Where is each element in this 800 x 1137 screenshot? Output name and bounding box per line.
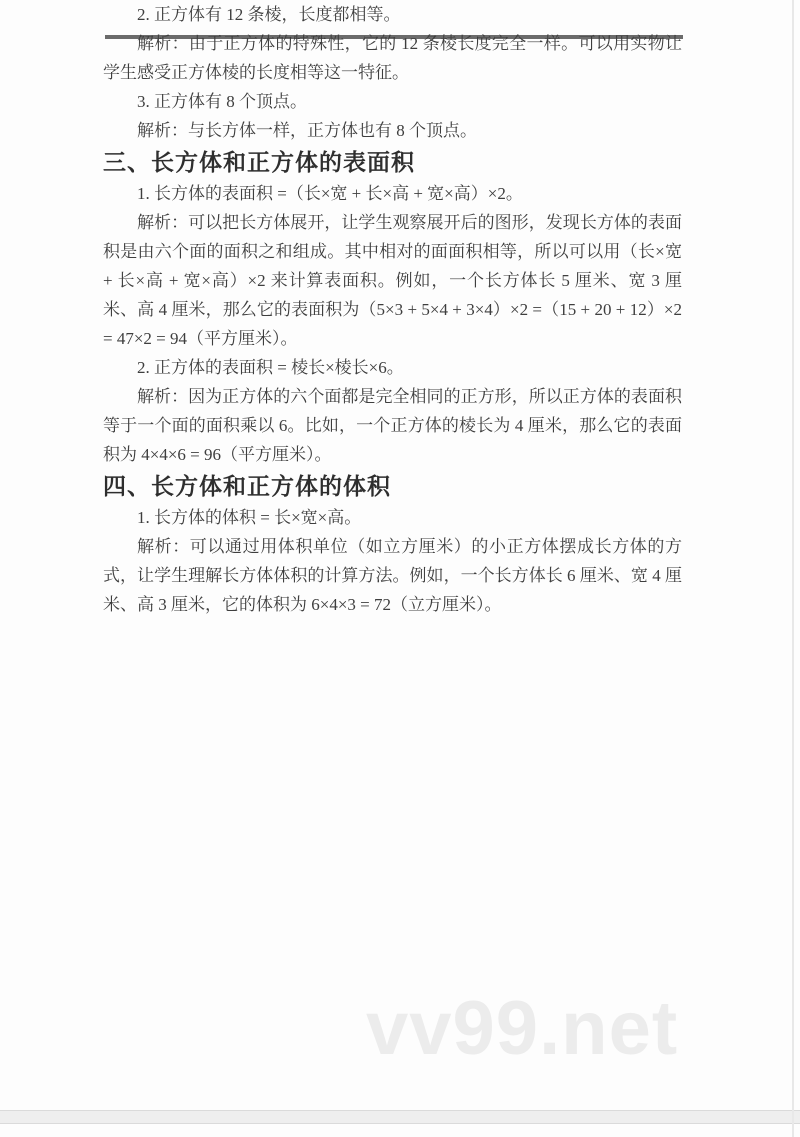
analysis-paragraph: 解析：与长方体一样，正方体也有 8 个顶点。 [103,116,682,145]
list-item: 1. 长方体的表面积 =（长×宽 + 长×高 + 宽×高）×2。 [103,179,682,208]
page-gap-strip [0,1110,800,1124]
analysis-paragraph: 解析：可以通过用体积单位（如立方厘米）的小正方体摆成长方体的方式，让学生理解长方… [103,532,682,619]
list-item: 1. 长方体的体积 = 长×宽×高。 [103,503,682,532]
document-content: 2. 正方体有 12 条棱，长度都相等。 解析：由于正方体的特殊性，它的 12 … [103,0,682,619]
page-edge-line [792,0,794,1137]
list-item: 2. 正方体的表面积 = 棱长×棱长×6。 [103,353,682,382]
section-heading: 四、长方体和正方体的体积 [103,469,682,503]
section-heading: 三、长方体和正方体的表面积 [103,145,682,179]
analysis-paragraph: 解析：可以把长方体展开，让学生观察展开后的图形，发现长方体的表面积是由六个面的面… [103,208,682,353]
list-item: 3. 正方体有 8 个顶点。 [103,87,682,116]
document-page: 2. 正方体有 12 条棱，长度都相等。 解析：由于正方体的特殊性，它的 12 … [0,0,800,1137]
analysis-paragraph: 解析：因为正方体的六个面都是完全相同的正方形，所以正方体的表面积等于一个面的面积… [103,382,682,469]
list-item: 2. 正方体有 12 条棱，长度都相等。 [103,0,682,29]
watermark: vv99.net [366,991,678,1067]
analysis-paragraph: 解析：由于正方体的特殊性，它的 12 条棱长度完全一样。可以用实物让学生感受正方… [103,29,682,87]
